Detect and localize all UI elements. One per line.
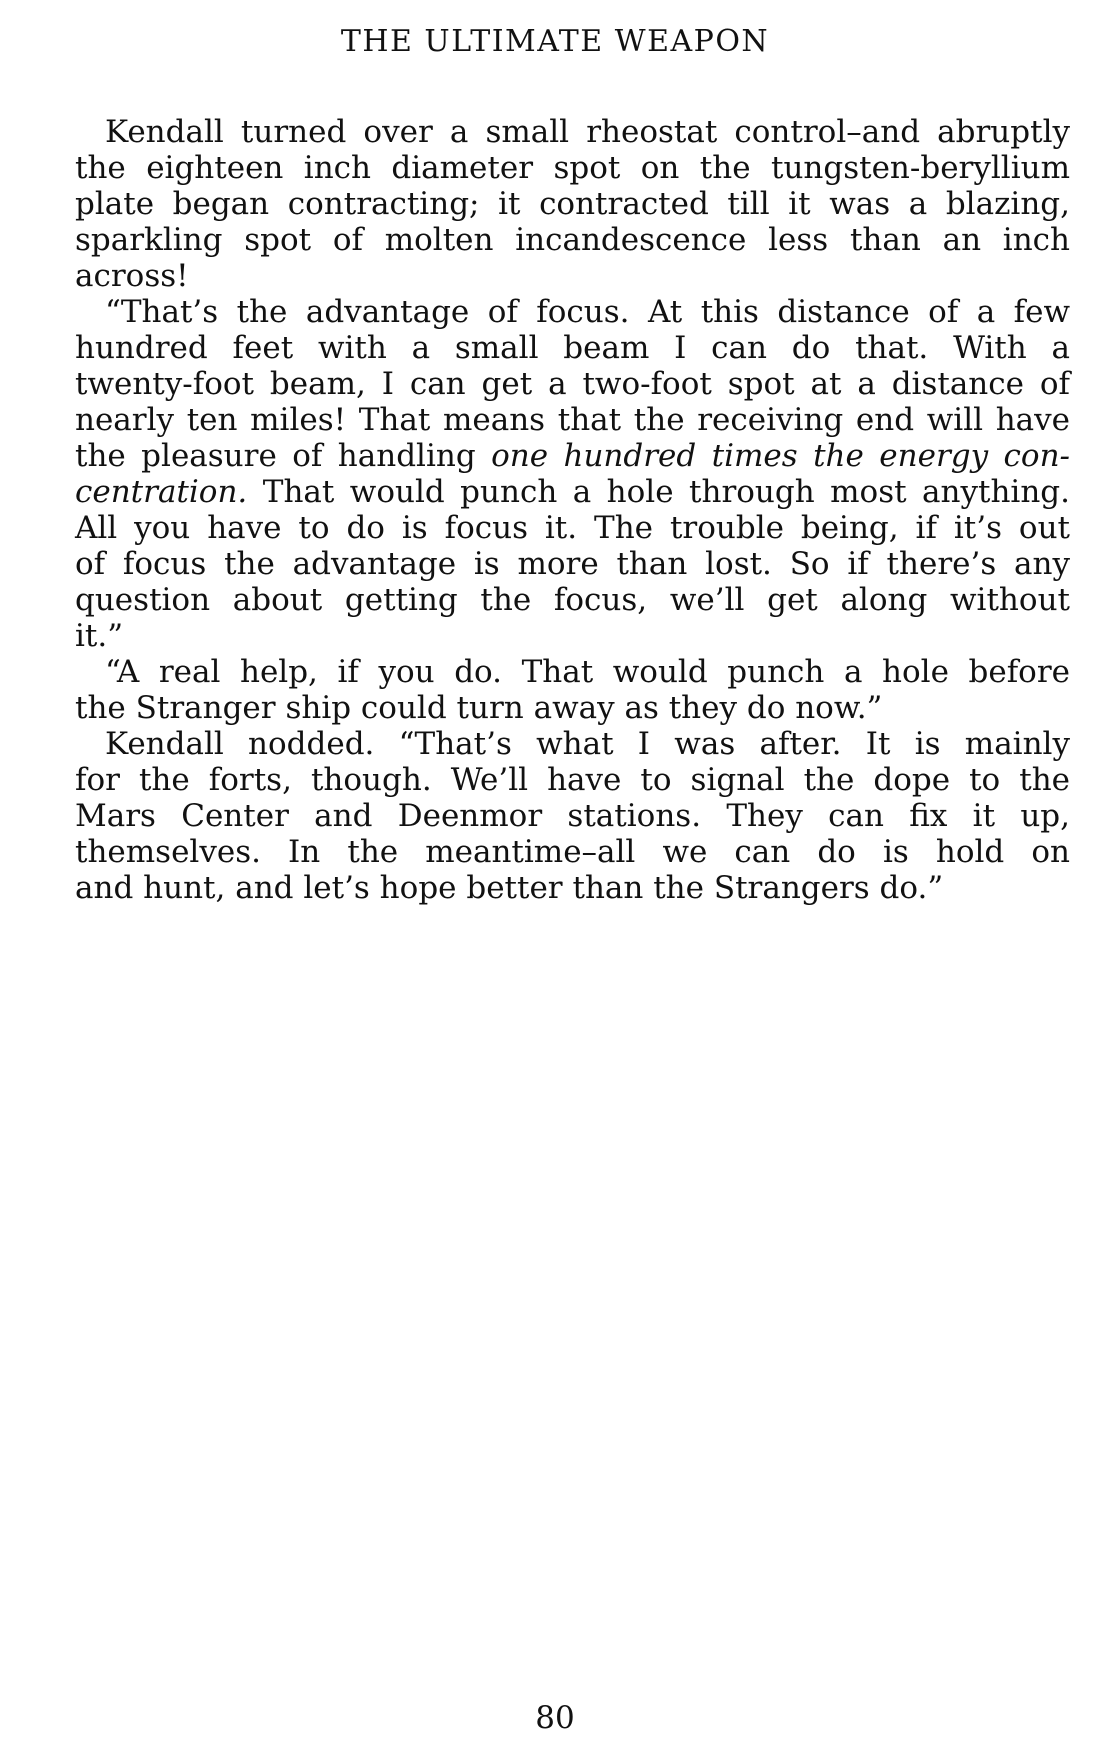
text-line: the pleasure of handling one hundred tim… [75,438,1070,474]
text-line: and hunt, and let’s hope better than the… [75,870,1070,906]
text-line: hundred feet with a small beam I can do … [75,330,1070,366]
text-segment: the pleasure of handling [75,438,476,474]
text-line: Mars Center and Deenmor stations. They c… [75,798,1070,834]
text-line: “That’s the advantage of focus. At this … [75,294,1070,330]
text-line: sparkling spot of molten incandescence l… [75,222,1070,258]
italic-segment: centration. [75,474,247,510]
text-line: across! [75,258,1070,294]
text-segment: That would punch a hole through most any… [263,474,1070,510]
text-line: twenty-foot beam, I can get a two-foot s… [75,366,1070,402]
text-line: plate began contracting; it contracted t… [75,186,1070,222]
text-line: it.” [75,618,1070,654]
text-line: the Stranger ship could turn away as the… [75,690,1070,726]
running-head: THE ULTIMATE WEAPON [0,22,1110,62]
body-text: Kendall turned over a small rheostat con… [75,114,1070,906]
text-line: All you have to do is focus it. The trou… [75,510,1070,546]
text-line: themselves. In the meantime–all we can d… [75,834,1070,870]
text-line: of focus the advantage is more than lost… [75,546,1070,582]
text-line: nearly ten miles! That means that the re… [75,402,1070,438]
italic-segment: one hundred times the energy con- [491,438,1070,474]
text-line: the eighteen inch diameter spot on the t… [75,150,1070,186]
page-number: 80 [0,1698,1110,1738]
text-line: Kendall nodded. “That’s what I was after… [75,726,1070,762]
text-line: for the forts, though. We’ll have to sig… [75,762,1070,798]
text-line: Kendall turned over a small rheostat con… [75,114,1070,150]
text-line: “A real help, if you do. That would punc… [75,654,1070,690]
text-line: centration. That would punch a hole thro… [75,474,1070,510]
text-line: question about getting the focus, we’ll … [75,582,1070,618]
